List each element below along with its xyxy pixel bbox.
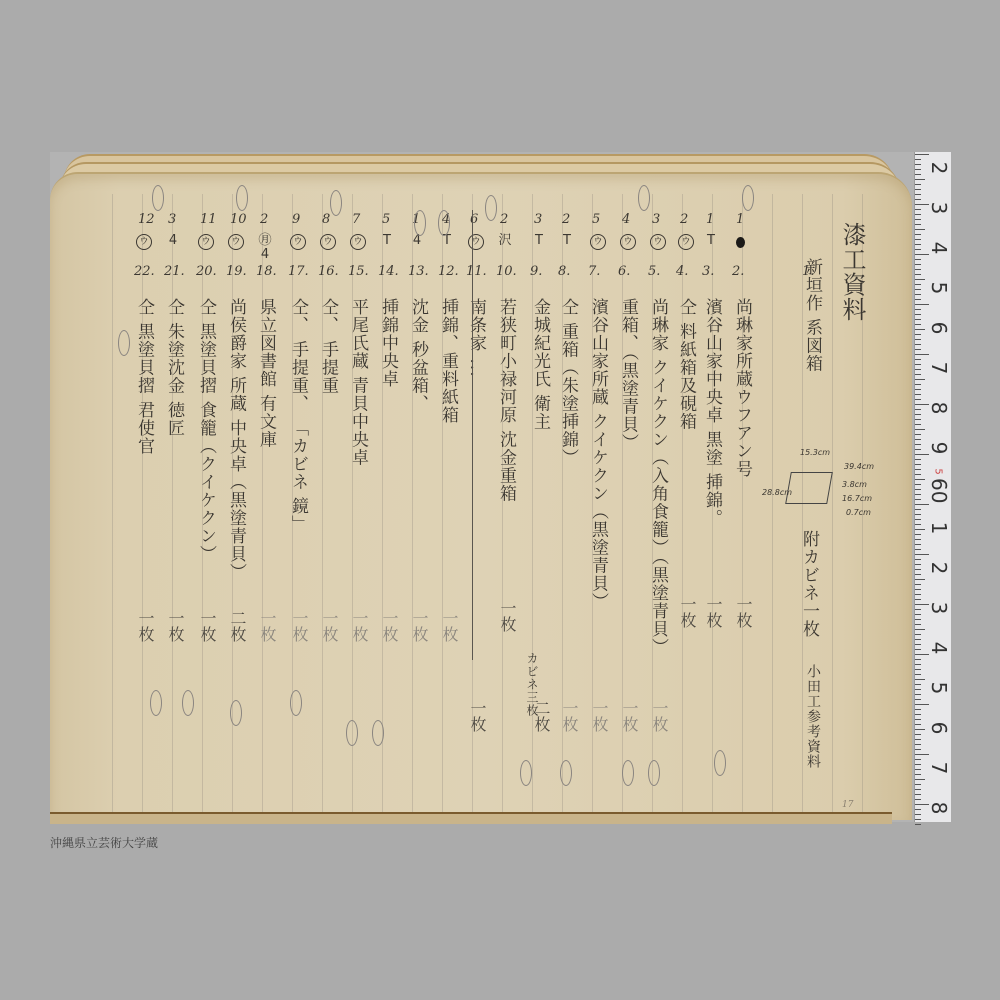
entry-number: 10. [496,264,517,279]
ruler-tick [915,324,921,325]
ruler-tick [915,159,921,160]
entry-mark: ウ [620,234,636,250]
entry-mark-top: 12 [138,212,155,227]
check-oval [118,330,130,356]
entry-text: 新垣作 系図箱 [803,258,820,372]
entry-quantity: 一枚 [134,610,157,642]
strike-line [472,210,473,660]
page-binding-edge [50,812,892,824]
ruler-tick [915,509,921,510]
check-oval [182,690,194,716]
ruler-tick [915,369,921,370]
ruler-tick [915,184,921,185]
ruler-tick [915,694,921,695]
entry-quantity: 一枚 [648,700,671,732]
ruler-label: 2 [927,158,951,178]
ruler-tick [915,374,921,375]
entry-number: 12. [438,264,459,279]
ruler-tick [915,769,921,770]
entry-number: 15. [348,264,369,279]
ruler-tick [915,649,921,650]
sketch-dim: 0.7cm [846,508,871,517]
ruler-label: 8 [927,398,951,418]
ruler-tick [915,544,921,545]
ruler-label: 8 [927,798,951,818]
entry-mark: 4 [166,234,180,248]
entry-mark: ウ [290,234,306,250]
check-oval [330,190,342,216]
entry-text: 挿錦中央卓 [379,298,396,388]
entry-mark: ウ [228,234,244,250]
sketch-dim: 16.7cm [842,494,872,503]
ruler-tick [915,384,921,385]
entry-mark-top: 2 [562,212,570,227]
cabinet-note: カビネ三枚 [526,652,538,717]
ruler-tick [915,679,925,680]
ruler-tick [915,524,921,525]
ruler-tick [915,354,929,355]
entry-text: 平尾氏蔵 青貝中央卓 [349,298,366,466]
ruler-tick [915,794,921,795]
ruler-red-mark: 5 [933,468,944,474]
ruler-tick [915,644,921,645]
entry-number: 9. [530,264,542,279]
ruler-tick [915,424,921,425]
entry-number: 17. [288,264,309,279]
ruler-tick [915,439,921,440]
ruler-tick [915,234,921,235]
entry-mark: T [440,234,454,248]
ruler-label: 1 [927,518,951,538]
entry-quantity: 二枚 [226,610,249,642]
ruler-tick [915,494,921,495]
ruler-label: 3 [927,598,951,618]
ruler-tick [915,364,921,365]
reference-note: 小田工参考資料 [806,664,820,769]
ruler-tick [915,599,921,600]
entry-mark-top: 8 [322,212,330,227]
ruler-tick [915,619,921,620]
ruler-tick [915,419,921,420]
ruler-tick [915,379,925,380]
ruler-tick [915,789,921,790]
ruler-tick [915,179,925,180]
ruler-tick [915,774,921,775]
entry-mark: ウ [590,234,606,250]
check-oval [622,760,634,786]
entry-number: 6. [618,264,630,279]
ruler-label: 3 [927,198,951,218]
entry-text: 尚琳家所蔵ウフアン号 [733,298,750,478]
sketch-dim: 28.8cm [762,488,792,497]
entry-quantity: 一枚 [702,596,725,628]
entry-mark-top: 3 [168,212,176,227]
entry-mark: T [380,234,394,248]
entry-number: 5. [648,264,660,279]
ruler-tick [915,199,921,200]
ruler-label: 6 [927,318,951,338]
ruler-tick [915,659,921,660]
ruler-tick [915,229,925,230]
ruler-tick [915,399,921,400]
ruler-label: 60 [927,478,951,498]
ruler-tick [915,479,925,480]
ruler-tick [915,594,921,595]
ruler-tick [915,724,921,725]
ruler-tick [915,734,921,735]
ruler-label: 6 [927,718,951,738]
entry-text: 挿錦、重料紙箱 [439,298,456,424]
entry-number: 18. [256,264,277,279]
ruler-tick [915,624,921,625]
entry-mark-top: 10 [230,212,247,227]
ruler-label: 4 [927,638,951,658]
ruler-tick [915,584,921,585]
document-title: 漆工資料 [840,222,864,322]
ruler-tick [915,574,921,575]
ruler-tick [915,754,929,755]
entry-text: 仝 黒塗貝摺 君使官 [135,298,152,455]
ruler-tick [915,224,921,225]
ruler-tick [915,799,921,800]
entry-mark-top: 3 [534,212,542,227]
ruler-tick [915,699,921,700]
ruler-tick [915,514,921,515]
ruler-tick [915,329,925,330]
entry-number: 8. [558,264,570,279]
entry-number: 13. [408,264,429,279]
entry-mark-top: 2 [680,212,688,227]
entry-text: 重箱、（黒塗青貝） [619,298,636,452]
ruler-tick [915,274,921,275]
ruler-label: 9 [927,438,951,458]
ruler-tick [915,674,921,675]
entry-mark-top: 4 [622,212,630,227]
ruler-tick [915,634,921,635]
entry-text: 濱谷山家中央卓 黒塗 挿錦。 [703,298,720,527]
entry-mark: ウ [650,234,666,250]
ruler-tick [915,474,921,475]
sketch-dim: 15.3cm [800,448,830,457]
ruler-tick [915,784,921,785]
check-oval [290,690,302,716]
ruler-tick [915,194,921,195]
ruler-label: 5 [927,278,951,298]
entry-number: 19. [226,264,247,279]
ruler-tick [915,414,921,415]
entry-quantity: 一枚 [466,700,489,732]
ruler-tick [915,249,921,250]
ruler-tick [915,394,921,395]
entry-quantity: 一枚 [288,610,311,642]
ruler-tick [915,339,921,340]
sketch-dim: 39.4cm [844,462,874,471]
ruler-tick [915,259,921,260]
entry-quantity: 一枚 [408,610,431,642]
entry-quantity: 一枚 [676,596,699,628]
ruler-tick [915,484,921,485]
ruler-tick [915,489,921,490]
ruler-tick [915,389,921,390]
ruler-tick [915,704,929,705]
entry-mark-top: 11 [200,212,217,227]
entry-text: 若狭町小禄河原 沈金重箱 [497,298,514,502]
check-oval [372,720,384,746]
entry-number: 16. [318,264,339,279]
ruler-tick [915,629,925,630]
entry-quantity: 一枚 [588,700,611,732]
ruler-tick [915,349,921,350]
check-oval [485,195,497,221]
ruler-tick [915,164,921,165]
check-oval [438,210,450,236]
ruler-tick [915,639,921,640]
ruler-tick [915,314,921,315]
ruler-tick [915,814,921,815]
entry-text: 南条家 ... [467,298,484,378]
entry-number: 22. [134,264,155,279]
entry-number: 11. [466,264,487,279]
check-oval [714,750,726,776]
check-oval [648,760,660,786]
entry-text: 仝 料紙箱及硯箱 [677,298,694,430]
check-oval [152,185,164,211]
entry-text: 仝 黒塗貝摺 食籠（クイケクン） [197,298,214,563]
ruler-tick [915,569,921,570]
ruler-tick [915,409,921,410]
ruler-tick [915,359,921,360]
ruler-tick [915,169,921,170]
ruler-tick [915,739,921,740]
ruler-tick [915,664,921,665]
ruler-tick [915,244,921,245]
entry-mark: ㊊4 [258,234,272,248]
ruler-tick [915,174,921,175]
entry-mark: 沢 [498,234,512,248]
entry-text: 仝、 手提重 [319,298,336,394]
entry-quantity: 一枚 [732,596,755,628]
ruler-tick [915,759,921,760]
ruler-tick [915,729,925,730]
entry-quantity: 一枚 [558,700,581,732]
entry-quantity: 一枚 [196,610,219,642]
entry-quantity: 一枚 [256,610,279,642]
ruler-tick [915,669,921,670]
ruler-tick [915,519,921,520]
entry-mark: T [560,234,574,248]
ruler-tick [915,334,921,335]
ruler-tick [915,589,921,590]
entry-mark-top: 9 [292,212,300,227]
entry-text: 仝、 手提重、 「カビネ 鏡」 [289,298,306,533]
entry-mark: ウ [198,234,214,250]
ruler-tick [915,764,921,765]
check-oval [638,185,650,211]
check-oval [742,185,754,211]
entry-mark: T [532,234,546,248]
ruler-tick [915,299,921,300]
sketch-dim: 3.8cm [842,480,867,489]
entry-quantity: 一枚 [378,610,401,642]
ruler-tick [915,304,929,305]
check-oval [414,210,426,236]
entry-number: 7. [588,264,600,279]
ruler-tick [915,549,921,550]
entry-number: 21. [164,264,185,279]
entry-quantity: 一枚 [438,610,461,642]
ruler-tick [915,279,925,280]
ruler-tick [915,564,921,565]
ruler-tick [915,719,921,720]
ruler-tick [915,534,921,535]
ruler-tick [915,499,921,500]
entry-text: 仝 重箱（朱塗挿錦） [559,298,576,466]
entry-number: 3. [702,264,714,279]
entry-mark-top: 2 [260,212,268,227]
entry-mark-top: 5 [592,212,600,227]
entry-number: 4. [676,264,688,279]
check-oval [230,700,242,726]
entry-mark: ウ [350,234,366,250]
entry-text: 県立図書館 有文庫 [257,298,274,448]
measuring-ruler: 2345678960123456785 [914,152,951,822]
page-number: 17 [842,800,853,810]
check-oval [560,760,572,786]
ruler-tick [915,714,921,715]
entry-number: 20. [196,264,217,279]
ruler-tick [915,824,921,825]
entry-text: 沈金 秒盆箱、 [409,298,426,412]
entry-quantity: 一枚 [618,700,641,732]
entry-quantity: 一枚 [164,610,187,642]
ruler-tick [915,434,921,435]
ruler-label: 5 [927,678,951,698]
ruler-tick [915,309,921,310]
entry-text: 尚侯爵家 所蔵 中央卓（黒塗青貝） [227,298,244,581]
ruler-tick [915,239,921,240]
entry-number: 14. [378,264,399,279]
check-oval [520,760,532,786]
ruler-tick [915,459,921,460]
ruler-tick [915,319,921,320]
entry-mark: 4 [410,234,424,248]
ruler-tick [915,539,921,540]
entry-mark: T [704,234,718,248]
ruler-tick [915,579,925,580]
ruler-tick [915,449,921,450]
entry-mark-top: 7 [352,212,360,227]
check-oval [346,720,358,746]
entry-mark-top: 2 [500,212,508,227]
ruler-tick [915,344,921,345]
entry-number: 2. [732,264,744,279]
ruler-label: 2 [927,558,951,578]
ruler-tick [915,429,925,430]
ruler-tick [915,689,921,690]
ruler-tick [915,709,921,710]
ruler-label: 7 [927,358,951,378]
check-oval [150,690,162,716]
ruler-tick [915,289,921,290]
ruler-tick [915,779,925,780]
entry-mark-top: 3 [652,212,660,227]
attachment-note: 附カビネ一枚 [800,530,817,638]
collection-caption: 沖縄県立芸術大学蔵 [50,834,158,851]
ruler-tick [915,209,921,210]
entry-mark-top: 5 [382,212,390,227]
ink-dot [736,237,745,248]
ruler-tick [915,464,921,465]
entry-mark: ウ [320,234,336,250]
ruler-tick [915,469,921,470]
ruler-tick [915,214,921,215]
ruler-tick [915,189,921,190]
entry-mark-top: 1 [736,212,744,227]
ruler-tick [915,684,921,685]
ruler-tick [915,264,921,265]
entry-mark: ウ [678,234,694,250]
ruler-tick [915,554,929,555]
ruler-tick [915,744,921,745]
ruler-tick [915,614,921,615]
ruler-tick [915,294,921,295]
ruler-tick [915,749,921,750]
ruler-tick [915,444,921,445]
entry-mark-top: 1 [706,212,714,227]
ruler-label: 7 [927,758,951,778]
ruler-tick [915,809,921,810]
entry-quantity: 一枚 [348,610,371,642]
ruler-tick [915,559,921,560]
entry-quantity: 一枚 [318,610,341,642]
ruler-tick [915,504,929,505]
entry-mark: ウ [136,234,152,250]
entry-text: 仝 朱塗沈金 徳匠 [165,298,182,437]
ruler-tick [915,819,921,820]
ruler-tick [915,529,925,530]
ruler-tick [915,284,921,285]
entry-mark: ウ [468,234,484,250]
entry-text: 金城紀光氏 衛主 [531,298,548,430]
box-sketch [785,472,833,504]
entry-text: 尚琳家 クイケクン（入角食籠）（黒塗青貝） [649,298,666,656]
ruler-tick [915,269,921,270]
entry-quantity: 一枚 [496,600,519,632]
entry-text: 濱谷山家所蔵 クイケクン（黒塗青貝） [589,298,606,610]
ruler-label: 4 [927,238,951,258]
check-oval [236,185,248,211]
ruler-tick [915,219,921,220]
ruler-tick [915,609,921,610]
ruler-tick [915,154,929,155]
